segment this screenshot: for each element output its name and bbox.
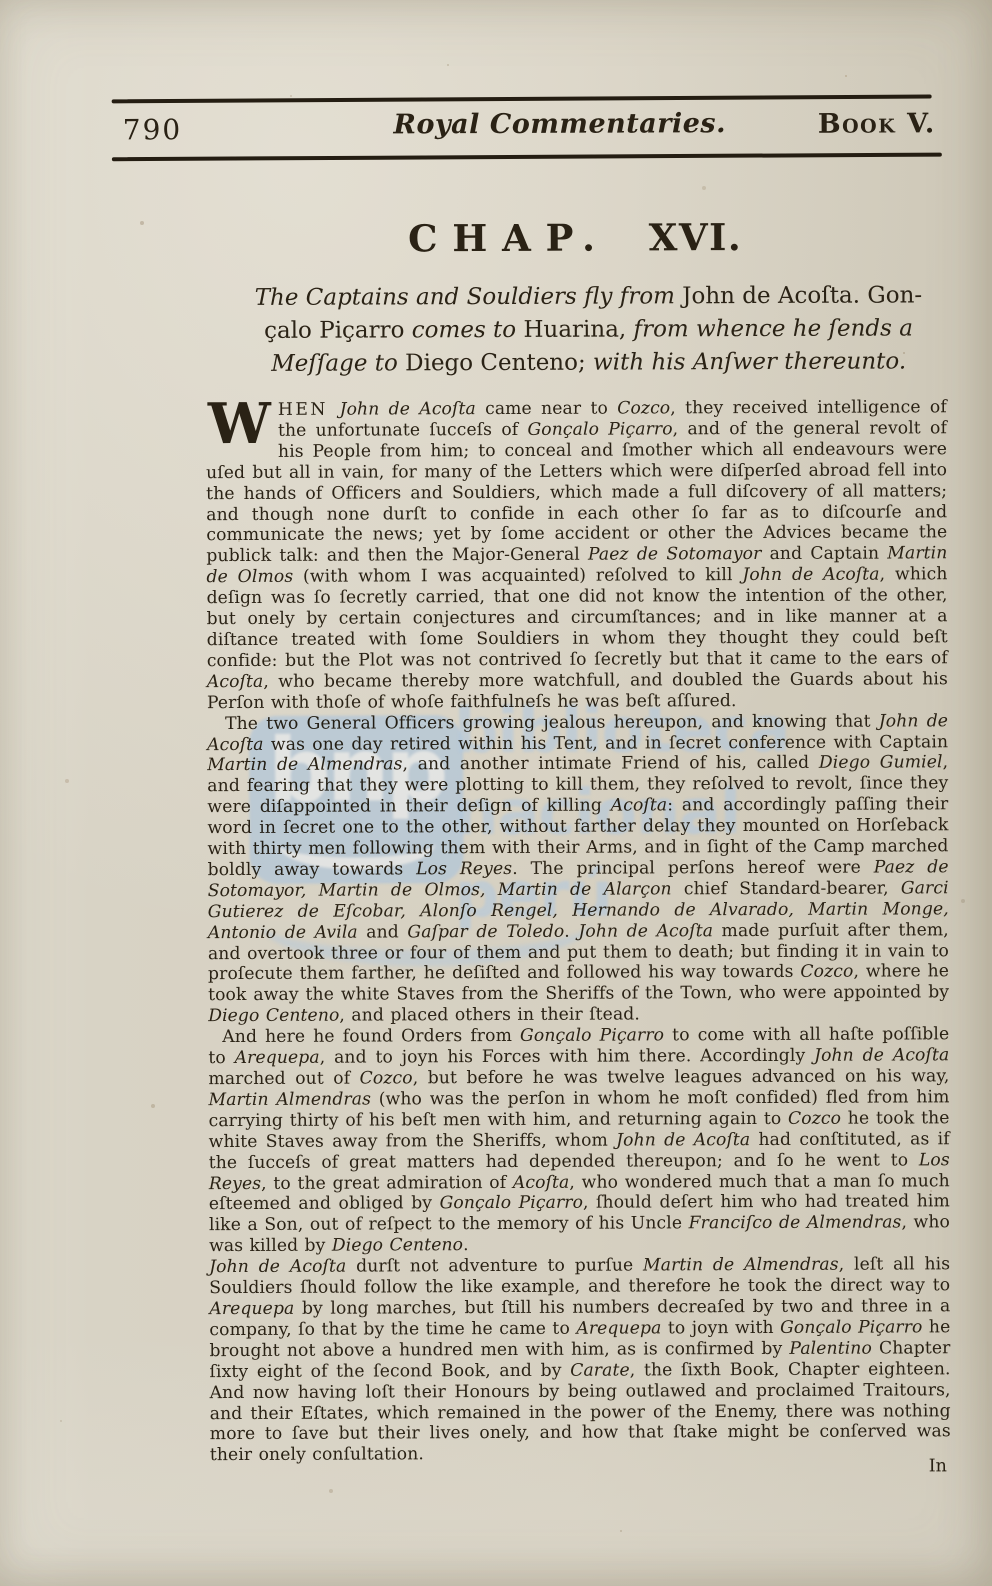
drop-cap: W bbox=[208, 403, 271, 445]
argument-line-3: Meſſage to Diego Centeno; with his Anſwe… bbox=[229, 345, 949, 381]
argument-line-2: çalo Piçarro comes to Huarina, from when… bbox=[228, 312, 948, 348]
page-number: 790 bbox=[123, 113, 183, 146]
chapter-heading-numeral: XVI. bbox=[649, 215, 743, 259]
header-rule-top bbox=[112, 94, 932, 103]
chapter-argument: The Captains and Souldiers fly from John… bbox=[228, 279, 948, 381]
paragraph-1: WHEN John de Acoſta came near to Cozco, … bbox=[206, 397, 948, 713]
book-page-scan: 790 Royal Commentaries. Book V. CHAP. XV… bbox=[0, 0, 992, 1586]
body-text: WHEN John de Acoſta came near to Cozco, … bbox=[206, 397, 951, 1466]
catchword: In bbox=[929, 1456, 947, 1476]
header-rule-bottom bbox=[112, 153, 942, 162]
chapter-heading: CHAP. XVI. bbox=[205, 214, 945, 261]
paragraph-4: John de Acoſta durſt not adventure to pu… bbox=[209, 1254, 951, 1466]
book-label: Book V. bbox=[818, 108, 936, 139]
argument-line-1: The Captains and Souldiers fly from John… bbox=[228, 279, 948, 315]
paragraph-3: And here he found Orders from Gonçalo Pi… bbox=[208, 1024, 950, 1257]
chapter-heading-word: CHAP. bbox=[408, 216, 610, 261]
paragraph-2: The two General Officers growing jealous… bbox=[207, 711, 949, 1027]
running-title: Royal Commentaries. bbox=[340, 108, 780, 141]
paragraph-1-text: HEN John de Acoſta came near to Cozco, t… bbox=[206, 397, 948, 713]
page-content: 790 Royal Commentaries. Book V. CHAP. XV… bbox=[0, 0, 992, 1586]
